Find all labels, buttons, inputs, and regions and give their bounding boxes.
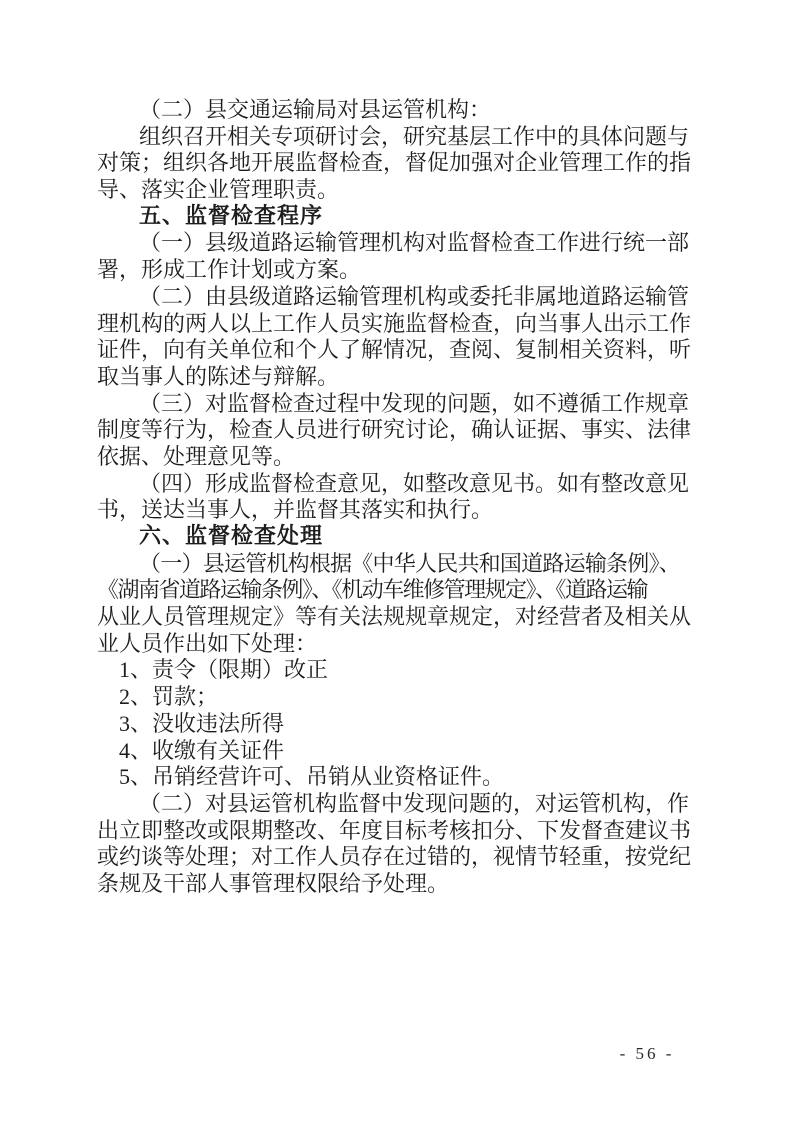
text-line: 1、责令（限期）改正 xyxy=(97,657,691,684)
text-line: 条规及干部人事管理权限给予处理。 xyxy=(97,871,691,898)
text-line: 理机构的两人以上工作人员实施监督检查，向当事人出示工作 xyxy=(97,311,691,338)
text-line: 2、罚款； xyxy=(97,684,691,711)
text-line: 出立即整改或限期整改、年度目标考核扣分、下发督查建议书 xyxy=(97,818,691,845)
text-line: （二）对县运管机构监督中发现问题的，对运管机构，作 xyxy=(97,791,691,818)
text-line: 制度等行为，检查人员进行研究讨论，确认证据、事实、法律 xyxy=(97,417,691,444)
text-line: 从业人员管理规定》等有关法规规章规定，对经营者及相关从 xyxy=(97,604,691,631)
text-line: （二）由县级道路运输管理机构或委托非属地道路运输管 xyxy=(97,284,691,311)
text-line: （三）对监督检查过程中发现的问题，如不遵循工作规章 xyxy=(97,391,691,418)
text-line: 或约谈等处理；对工作人员存在过错的，视情节轻重，按党纪 xyxy=(97,844,691,871)
section-heading: 五、监督检查程序 xyxy=(97,204,691,231)
text-line: 5、吊销经营许可、吊销从业资格证件。 xyxy=(97,764,691,791)
document-body: （二）县交通运输局对县运管机构：组织召开相关专项研讨会，研究基层工作中的具体问题… xyxy=(97,97,691,898)
text-line: 业人员作出如下处理： xyxy=(97,631,691,658)
text-line: 取当事人的陈述与辩解。 xyxy=(97,364,691,391)
text-line: 《湖南省道路运输条例》、《机动车维修管理规定》、《道路运输 xyxy=(97,577,691,604)
text-line: 书，送达当事人，并监督其落实和执行。 xyxy=(97,497,691,524)
text-line: 署，形成工作计划或方案。 xyxy=(97,257,691,284)
text-line: （四）形成监督检查意见，如整改意见书。如有整改意见 xyxy=(97,471,691,498)
text-line: 证件，向有关单位和个人了解情况，查阅、复制相关资料，听 xyxy=(97,337,691,364)
text-line: 3、没收违法所得 xyxy=(97,711,691,738)
text-line: （一）县运管机构根据《中华人民共和国道路运输条例》、 xyxy=(97,551,691,578)
text-line: （一）县级道路运输管理机构对监督检查工作进行统一部 xyxy=(97,230,691,257)
document-page: （二）县交通运输局对县运管机构：组织召开相关专项研讨会，研究基层工作中的具体问题… xyxy=(0,0,793,1122)
text-line: 组织召开相关专项研讨会，研究基层工作中的具体问题与 xyxy=(97,124,691,151)
text-line: 依据、处理意见等。 xyxy=(97,444,691,471)
text-line: 4、收缴有关证件 xyxy=(97,738,691,765)
section-heading: 六、监督检查处理 xyxy=(97,524,691,551)
page-number: - 56 - xyxy=(602,1044,692,1064)
text-line: 对策；组织各地开展监督检查，督促加强对企业管理工作的指 xyxy=(97,150,691,177)
text-line: 导、落实企业管理职责。 xyxy=(97,177,691,204)
text-line: （二）县交通运输局对县运管机构： xyxy=(97,97,691,124)
